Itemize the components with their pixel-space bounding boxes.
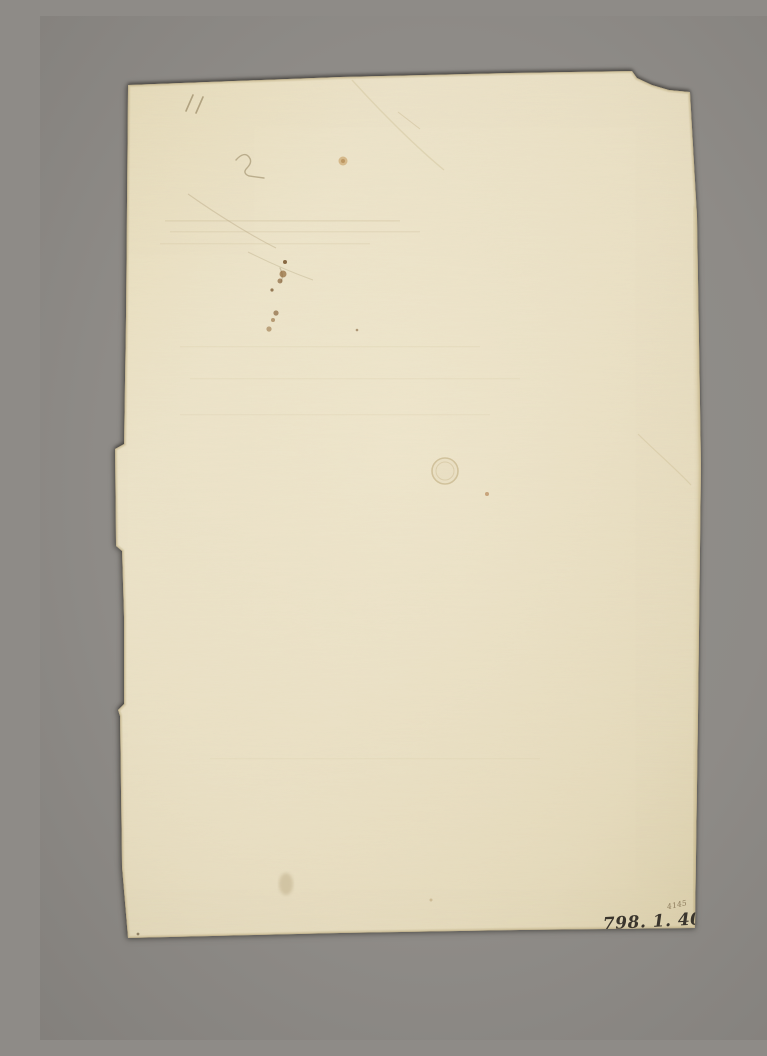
paper-grain-texture <box>100 56 720 956</box>
foxing-spot <box>278 279 283 284</box>
photo-of-document: 798. 1. 4045 4145 <box>40 16 767 1040</box>
foxing-spot <box>137 933 140 936</box>
foxing-spot <box>271 318 275 322</box>
foxing-spot <box>341 159 345 163</box>
foxing-spot <box>273 310 278 315</box>
paper-sheet-photo: 798. 1. 4045 4145 <box>40 16 767 1040</box>
foxing-spot <box>430 899 433 902</box>
foxing-spot <box>356 329 359 332</box>
foxing-spot <box>283 260 287 264</box>
foxing-spot <box>266 326 271 331</box>
blind-stamp <box>432 458 458 484</box>
foxing-spot <box>485 492 489 496</box>
smudge-mark <box>279 873 293 895</box>
foxing-spot <box>280 271 287 278</box>
foxing-spot <box>270 288 273 291</box>
